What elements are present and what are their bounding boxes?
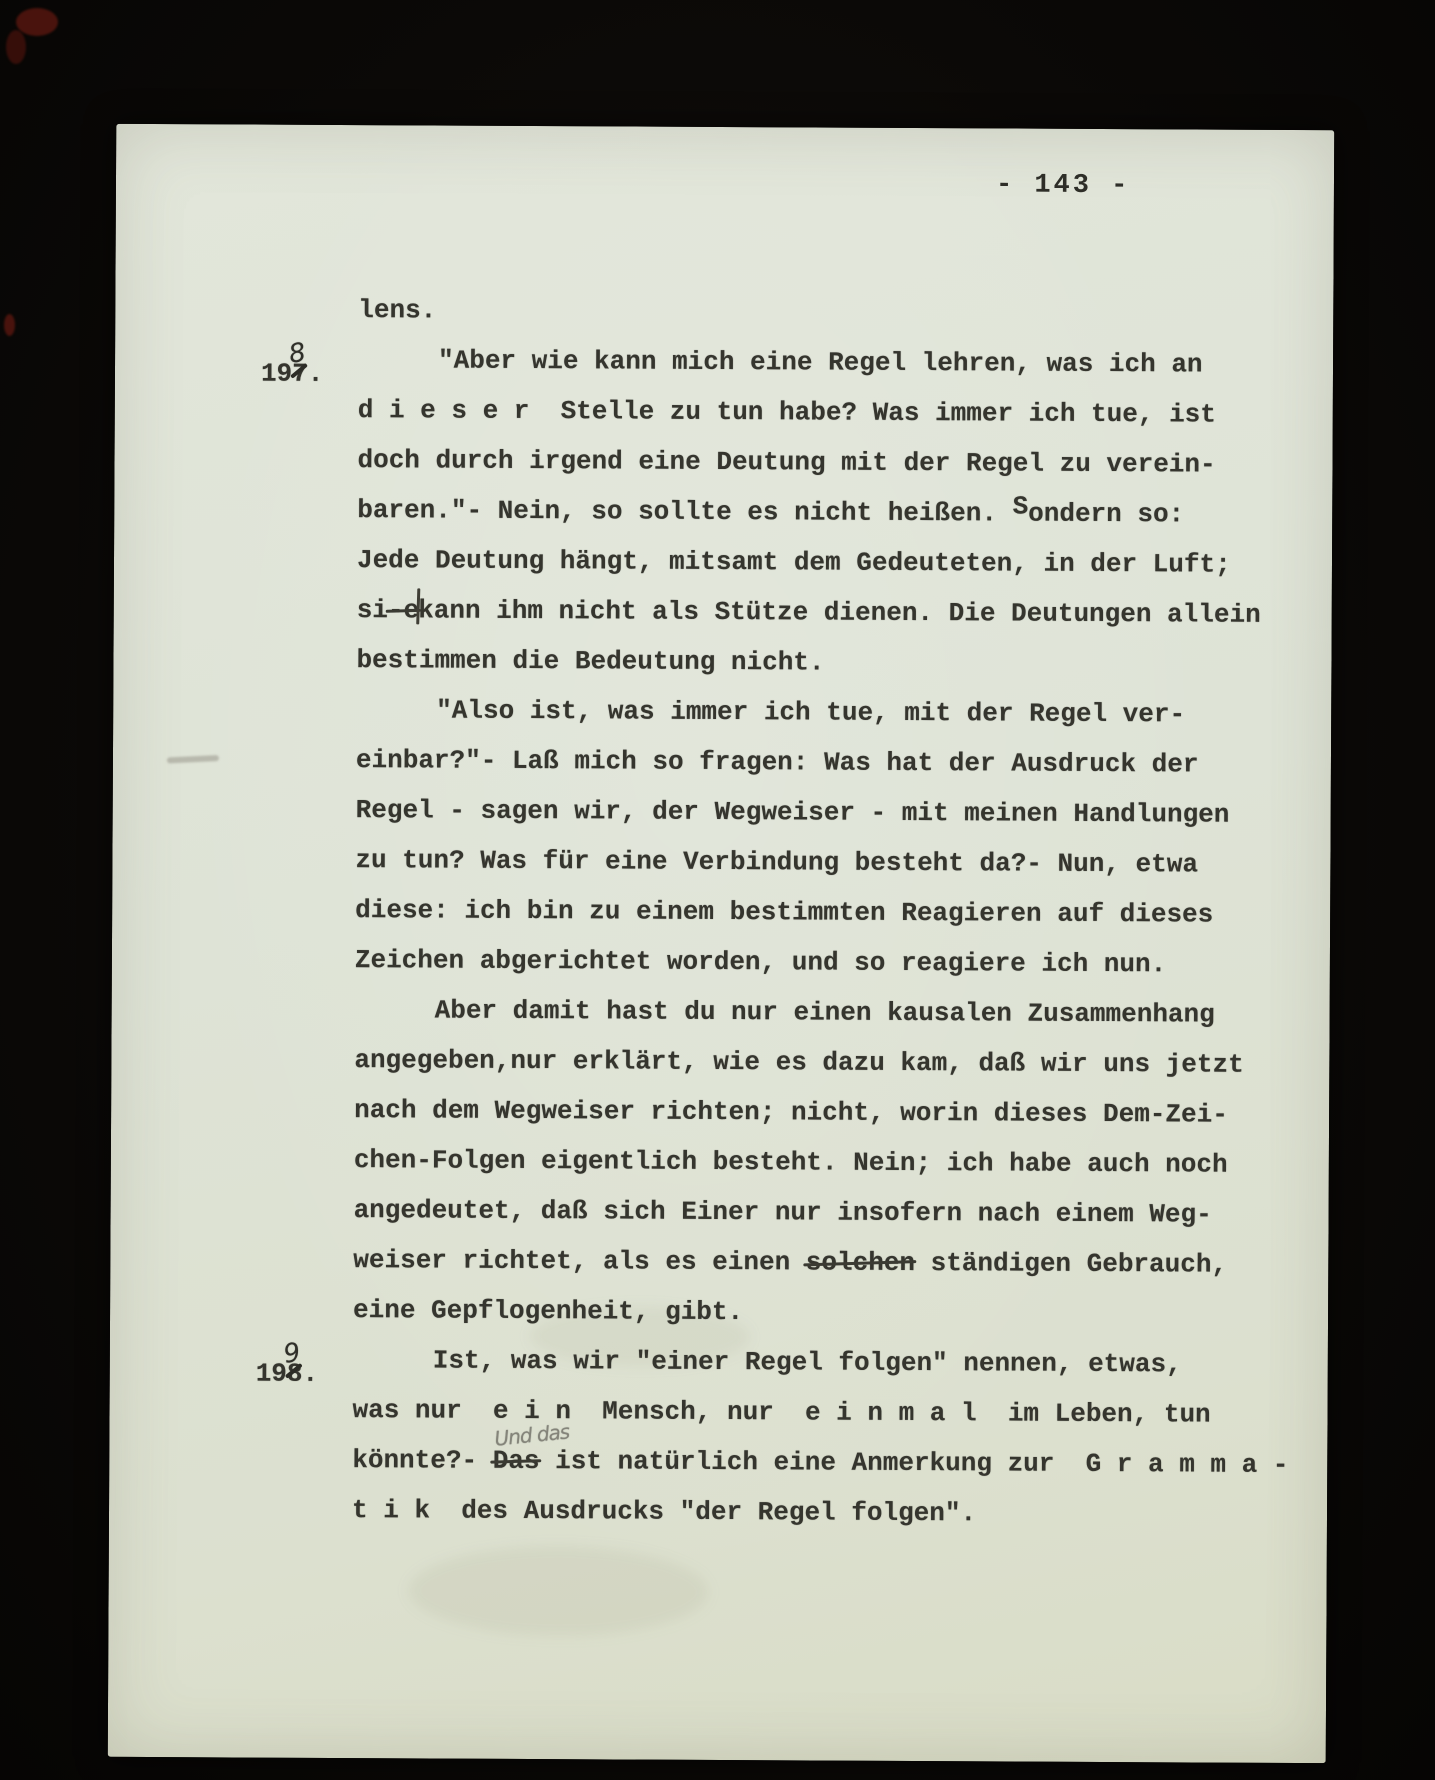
typescript-line: weiser richtet, als es einen solchen stä… [353, 1235, 1313, 1290]
typescript-text: Aber damit hast du nur einen kausalen Zu… [435, 996, 1215, 1030]
typescript-text: t i k des Ausdrucks "der Regel folgen". [352, 1495, 976, 1528]
typescript-text: Jede Deutung hängt, mitsamt dem Gedeutet… [357, 545, 1231, 580]
typescript-text: angegeben,nur erklärt, wie es dazu kam, … [354, 1045, 1244, 1080]
typescript-text: weiser richtet, als es einen [353, 1245, 806, 1277]
typescript-line: angedeutet, daß sich Einer nur insofern … [353, 1185, 1313, 1240]
struck-text: -e [388, 595, 419, 625]
typescript-line: Regel - sagen wir, der Wegweiser - mit m… [356, 785, 1316, 840]
typescript-text: einbar?"- Laß mich so fragen: Was hat de… [356, 745, 1199, 779]
typescript-line: 198.9Ist, was wir "einer Regel folgen" n… [353, 1335, 1313, 1390]
typescript-text: kann ihm nicht als Stütze dienen. Die De… [418, 595, 1261, 629]
typescript-text: ständigen Gebrauch, [915, 1248, 1227, 1280]
typescript-text: angedeutet, daß sich Einer nur insofern … [354, 1195, 1212, 1229]
typescript-line: t i k des Ausdrucks "der Regel folgen". [352, 1485, 1312, 1540]
photo-artifact [6, 30, 26, 64]
pencil-smudge [167, 755, 219, 763]
typescript-text: ist natürlich eine Anmerkung zur G r a m… [539, 1446, 1288, 1480]
annotated-text: Und dasDas [493, 1436, 540, 1486]
typescript-text: was nur e i n Mensch, nur e i n m a l im… [352, 1395, 1210, 1429]
typescript-text: bestimmen die Bedeutung nicht. [356, 645, 824, 677]
typescript-line: 197.8"Aber wie kann mich eine Regel lehr… [358, 335, 1318, 390]
typescript-line: angegeben,nur erklärt, wie es dazu kam, … [354, 1035, 1314, 1090]
typescript-line: nach dem Wegweiser richten; nicht, worin… [354, 1085, 1314, 1140]
typescript-text: S [1013, 492, 1029, 522]
typescript-text: nach dem Wegweiser richten; nicht, worin… [354, 1095, 1228, 1130]
photo-artifact [16, 8, 58, 36]
typescript-text: "Also ist, was immer ich tue, mit der Re… [436, 696, 1185, 730]
handwritten-correction-digit: 9 [280, 1328, 305, 1380]
section-number: 198.9 [256, 1349, 319, 1399]
typescript-text: Ist, was wir "einer Regel folgen" nennen… [433, 1345, 1182, 1379]
typescript-line: "Also ist, was immer ich tue, mit der Re… [356, 685, 1316, 740]
typescript-text: zu tun? Was für eine Verbindung besteht … [355, 845, 1198, 879]
typescript-line: lens. [358, 285, 1318, 340]
typescript-line: baren."- Nein, so sollte es nicht heißen… [357, 485, 1317, 540]
typescript-text: "Aber wie kann mich eine Regel lehren, w… [438, 346, 1203, 380]
manuscript-page: - 143 - lens.197.8"Aber wie kann mich ei… [108, 124, 1335, 1763]
typescript-line: doch durch irgend eine Deutung mit der R… [357, 435, 1317, 490]
paper-stain [408, 1545, 708, 1637]
typescript-text: eine Gepflogenheit, gibt. [353, 1295, 743, 1327]
typescript-text: Zeichen abgerichtet worden, und so reagi… [355, 945, 1166, 979]
typescript-text: d i e s e r Stelle zu tun habe? Was imme… [358, 395, 1216, 429]
typescript-text: lens. [358, 295, 436, 325]
typescript-text: baren."- Nein, so sollte es nicht heißen… [357, 495, 1012, 528]
typescript-line: zu tun? Was für eine Verbindung besteht … [355, 835, 1315, 890]
typescript-text: doch durch irgend eine Deutung mit der R… [357, 445, 1215, 479]
typescript-text: diese: ich bin zu einem bestimmten Reagi… [355, 895, 1213, 929]
typescript-line: eine Gepflogenheit, gibt. [353, 1285, 1313, 1340]
typescript-line: d i e s e r Stelle zu tun habe? Was imme… [358, 385, 1318, 440]
typescript-line: chen-Folgen eigentlich besteht. Nein; ic… [354, 1135, 1314, 1190]
section-number: 197.8 [261, 349, 324, 399]
photographed-typescript: { "document": { "page_number": "- 143 -"… [0, 0, 1435, 1780]
struck-text: Das [493, 1446, 540, 1476]
struck-text: solchen [806, 1247, 915, 1278]
page-number: - 143 - [996, 170, 1131, 201]
typescript-text: ondern so: [1028, 499, 1184, 530]
typescript-line: Zeichen abgerichtet worden, und so reagi… [355, 935, 1315, 990]
typescript-line: Jede Deutung hängt, mitsamt dem Gedeutet… [357, 535, 1317, 590]
photo-artifact [4, 314, 15, 336]
typescript-body: lens.197.8"Aber wie kann mich eine Regel… [352, 285, 1319, 1540]
typescript-line: bestimmen die Bedeutung nicht. [356, 635, 1316, 690]
typescript-line: diese: ich bin zu einem bestimmten Reagi… [355, 885, 1315, 940]
typescript-line: Aber damit hast du nur einen kausalen Zu… [355, 985, 1315, 1040]
typescript-text: Regel - sagen wir, der Wegweiser - mit m… [356, 795, 1230, 830]
typescript-line: könnte?- Und dasDas ist natürlich eine A… [352, 1435, 1312, 1490]
typescript-text: chen-Folgen eigentlich besteht. Nein; ic… [354, 1145, 1228, 1180]
typescript-line: si-ekann ihm nicht als Stütze dienen. Di… [357, 585, 1317, 640]
typescript-text: könnte?- [352, 1445, 493, 1476]
typescript-text: si [357, 595, 388, 625]
handwritten-correction-digit: 8 [285, 328, 310, 380]
typescript-line: einbar?"- Laß mich so fragen: Was hat de… [356, 735, 1316, 790]
